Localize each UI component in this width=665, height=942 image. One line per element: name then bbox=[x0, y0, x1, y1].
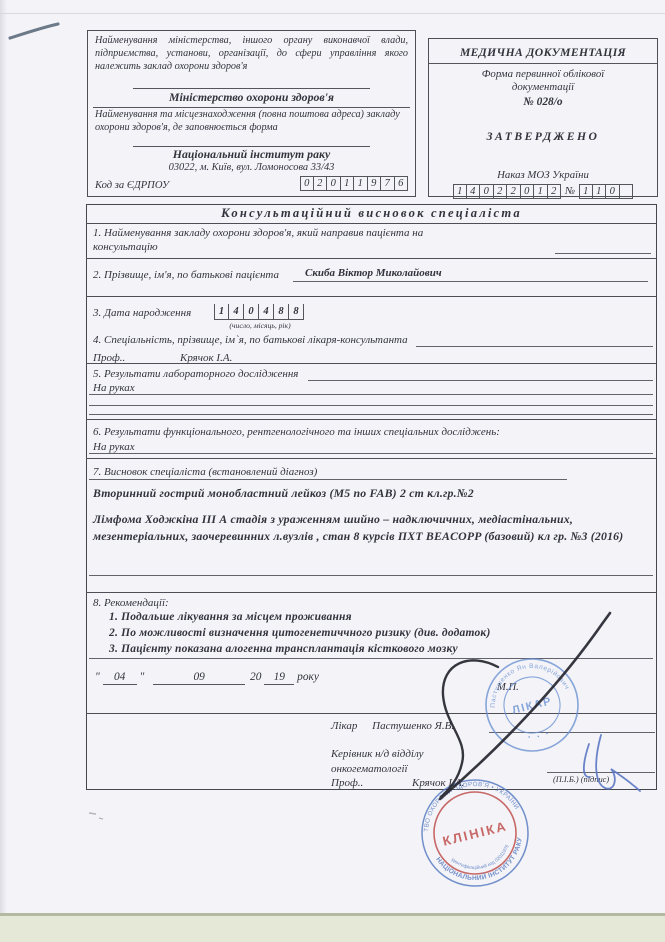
digit-cell: 0 bbox=[606, 184, 620, 199]
quote-mark: " bbox=[95, 671, 100, 683]
form-caption: Форма первинної облікової документації bbox=[429, 68, 657, 95]
ministry-caption: Найменування міністерства, іншого органу… bbox=[95, 35, 408, 74]
recommendation-item: 2. По можливості визначення цитогенетичч… bbox=[109, 625, 650, 641]
edrpou-digit-cells: 0 2 0 1 1 9 7 6 bbox=[300, 176, 408, 191]
fill-line bbox=[89, 453, 653, 454]
head-title-prof: Проф.. bbox=[331, 777, 363, 789]
diagnosis-line1: Вторинний гострий монобластний лейкоз (М… bbox=[93, 485, 644, 502]
quote-mark: " bbox=[140, 671, 145, 683]
form-title: Консультаційний висновок спеціаліста bbox=[87, 206, 656, 221]
row-divider bbox=[86, 419, 657, 420]
fill-line bbox=[452, 281, 648, 282]
institution-name: Національний інститут раку bbox=[95, 147, 408, 162]
fill-line bbox=[89, 394, 653, 395]
date-month: 09 bbox=[153, 671, 245, 685]
head-name: Крячок І.А. bbox=[412, 777, 464, 789]
item4-label: 4. Спеціальність, прізвище, ім`я, по бат… bbox=[93, 333, 408, 347]
institution-address: 03022, м. Київ, вул. Ломоносова 33/43 bbox=[95, 162, 408, 173]
birthdate-hint: (число, місяць, рік) bbox=[205, 321, 315, 330]
row-divider bbox=[86, 223, 657, 224]
item1-block: 1. Найменування закладу охорони здоров'я… bbox=[93, 226, 638, 255]
digit-cell: 1 bbox=[453, 184, 467, 199]
fill-line bbox=[416, 346, 653, 347]
date-word: року bbox=[297, 671, 319, 683]
head-title-line1: Керівник н/д відділу bbox=[331, 747, 423, 761]
signature-hint: (П.І.Б.) (підпис) bbox=[553, 775, 609, 784]
doctor-label: Лікар bbox=[331, 720, 357, 732]
order-digit-row: 1 4 0 2 2 0 1 2 № 1 1 0 bbox=[429, 184, 657, 199]
row-divider bbox=[86, 592, 657, 593]
edrpou-label: Код за ЄДРПОУ bbox=[95, 180, 169, 191]
patient-name-value: Скиба Віктор Миколайович bbox=[293, 266, 452, 282]
recommendation-item: 3. Пацієнту показана алогенна трансплант… bbox=[109, 641, 650, 657]
item7-label: 7. Висновок спеціаліста (встановлений ді… bbox=[93, 465, 317, 479]
item5-label: 5. Результати лабораторного дослідження bbox=[93, 367, 298, 381]
approved-label: ЗАТВЕРДЖЕНО bbox=[429, 130, 657, 143]
fill-line bbox=[89, 658, 653, 659]
consultation-form-table: Консультаційний висновок спеціаліста 1. … bbox=[86, 204, 657, 790]
row-divider bbox=[86, 713, 657, 714]
paper-sheet: Найменування міністерства, іншого органу… bbox=[0, 0, 665, 913]
digit-cell: 1 bbox=[214, 304, 229, 320]
digit-cell: 8 bbox=[274, 304, 289, 320]
header-form-box: МЕДИЧНА ДОКУМЕНТАЦІЯ Форма первинної обл… bbox=[428, 38, 658, 197]
digit-cell: 4 bbox=[259, 304, 274, 320]
fill-line bbox=[489, 732, 655, 733]
item4-row: 4. Спеціальність, прізвище, ім`я, по бат… bbox=[93, 333, 653, 347]
row-divider bbox=[86, 296, 657, 297]
fill-line bbox=[89, 575, 653, 576]
mp-seal-placeholder-label: М.П. bbox=[497, 682, 519, 693]
diagnosis-line2: Лімфома Ходжкіна ІІІ А стадія з ураження… bbox=[93, 511, 642, 545]
item3-label: 3. Дата народження bbox=[93, 306, 191, 320]
digit-cell: 0 bbox=[521, 184, 535, 199]
fill-line bbox=[89, 405, 653, 406]
digit-cell: 0 bbox=[244, 304, 259, 320]
digit-cell: 9 bbox=[368, 176, 382, 191]
doctor-name: Пастушенко Я.В. bbox=[372, 720, 454, 732]
row-divider bbox=[86, 363, 657, 364]
ministry-name: Міністерство охорони здоров'я bbox=[95, 90, 408, 105]
fill-line bbox=[308, 380, 653, 381]
digit-cell: 0 bbox=[327, 176, 341, 191]
medical-documentation-title: МЕДИЧНА ДОКУМЕНТАЦІЯ bbox=[429, 39, 657, 64]
fill-line bbox=[89, 414, 653, 415]
row-divider bbox=[86, 458, 657, 459]
item1-label-line1: 1. Найменування закладу охорони здоров'я… bbox=[93, 226, 638, 240]
digit-cell: 4 bbox=[229, 304, 244, 320]
date-line: " 04 " 09 20 19 року bbox=[95, 671, 319, 685]
fill-line bbox=[547, 772, 655, 773]
order-no-label: № bbox=[565, 186, 575, 197]
date-century: 20 bbox=[250, 671, 261, 683]
form-caption-line1: Форма первинної облікової bbox=[429, 68, 657, 81]
scanned-medical-form: { "header": { "left": { "caption1": "Най… bbox=[0, 0, 665, 942]
digit-cell: 1 bbox=[593, 184, 607, 199]
item2-label: 2. Прізвище, ім'я, по батькові пацієнта bbox=[93, 268, 279, 282]
digit-cell: 2 bbox=[548, 184, 562, 199]
item5-row: 5. Результати лабораторного дослідження bbox=[93, 367, 653, 381]
digit-cell: 2 bbox=[494, 184, 508, 199]
doctor-signature-row: Лікар Пастушенко Я.В. bbox=[331, 719, 454, 733]
fill-line bbox=[133, 88, 371, 89]
item6-label: 6. Результати функціонального, рентгенол… bbox=[93, 425, 650, 439]
row-divider bbox=[86, 258, 657, 259]
fill-line bbox=[555, 253, 651, 254]
header-institution-box: Найменування міністерства, іншого органу… bbox=[87, 30, 416, 197]
digit-cell: 6 bbox=[395, 176, 409, 191]
edrpou-row: Код за ЄДРПОУ 0 2 0 1 1 9 7 6 bbox=[95, 176, 408, 191]
head-title-line2: онкогематології bbox=[331, 762, 408, 776]
digit-cell: 4 bbox=[467, 184, 481, 199]
date-year: 19 bbox=[264, 671, 294, 685]
address-caption: Найменування та місцезнаходження (повна … bbox=[95, 109, 408, 135]
head-signature-row: Проф.. Крячок І.А. bbox=[331, 776, 464, 790]
digit-cell: 0 bbox=[300, 176, 314, 191]
scan-crease-line bbox=[0, 13, 665, 14]
birthdate-cells: 1 4 0 4 8 8 bbox=[214, 304, 304, 320]
digit-cell: 1 bbox=[534, 184, 548, 199]
form-number: № 028/о bbox=[429, 96, 657, 108]
item2-row: 2. Прізвище, ім'я, по батькові пацієнта … bbox=[93, 266, 648, 282]
digit-cell: 1 bbox=[354, 176, 368, 191]
digit-cell: 1 bbox=[579, 184, 593, 199]
digit-cell: 1 bbox=[341, 176, 355, 191]
fill-line bbox=[89, 479, 567, 480]
digit-cell: 8 bbox=[289, 304, 304, 320]
order-label: Наказ МОЗ України bbox=[429, 169, 657, 181]
recommendations-list: 1. Подальше лікування за місцем проживан… bbox=[109, 609, 650, 658]
digit-cell: 0 bbox=[480, 184, 494, 199]
date-day: 04 bbox=[103, 671, 137, 685]
order-no-cells: 1 1 0 bbox=[579, 184, 633, 199]
digit-cell: 7 bbox=[381, 176, 395, 191]
digit-cell: 2 bbox=[507, 184, 521, 199]
form-caption-line2: документації bbox=[429, 81, 657, 94]
digit-cell: 2 bbox=[314, 176, 328, 191]
fill-line bbox=[93, 107, 410, 108]
recommendation-item: 1. Подальше лікування за місцем проживан… bbox=[109, 609, 650, 625]
digit-cell bbox=[620, 184, 634, 199]
desk-background bbox=[0, 913, 665, 942]
order-date-cells: 1 4 0 2 2 0 1 2 bbox=[453, 184, 561, 199]
